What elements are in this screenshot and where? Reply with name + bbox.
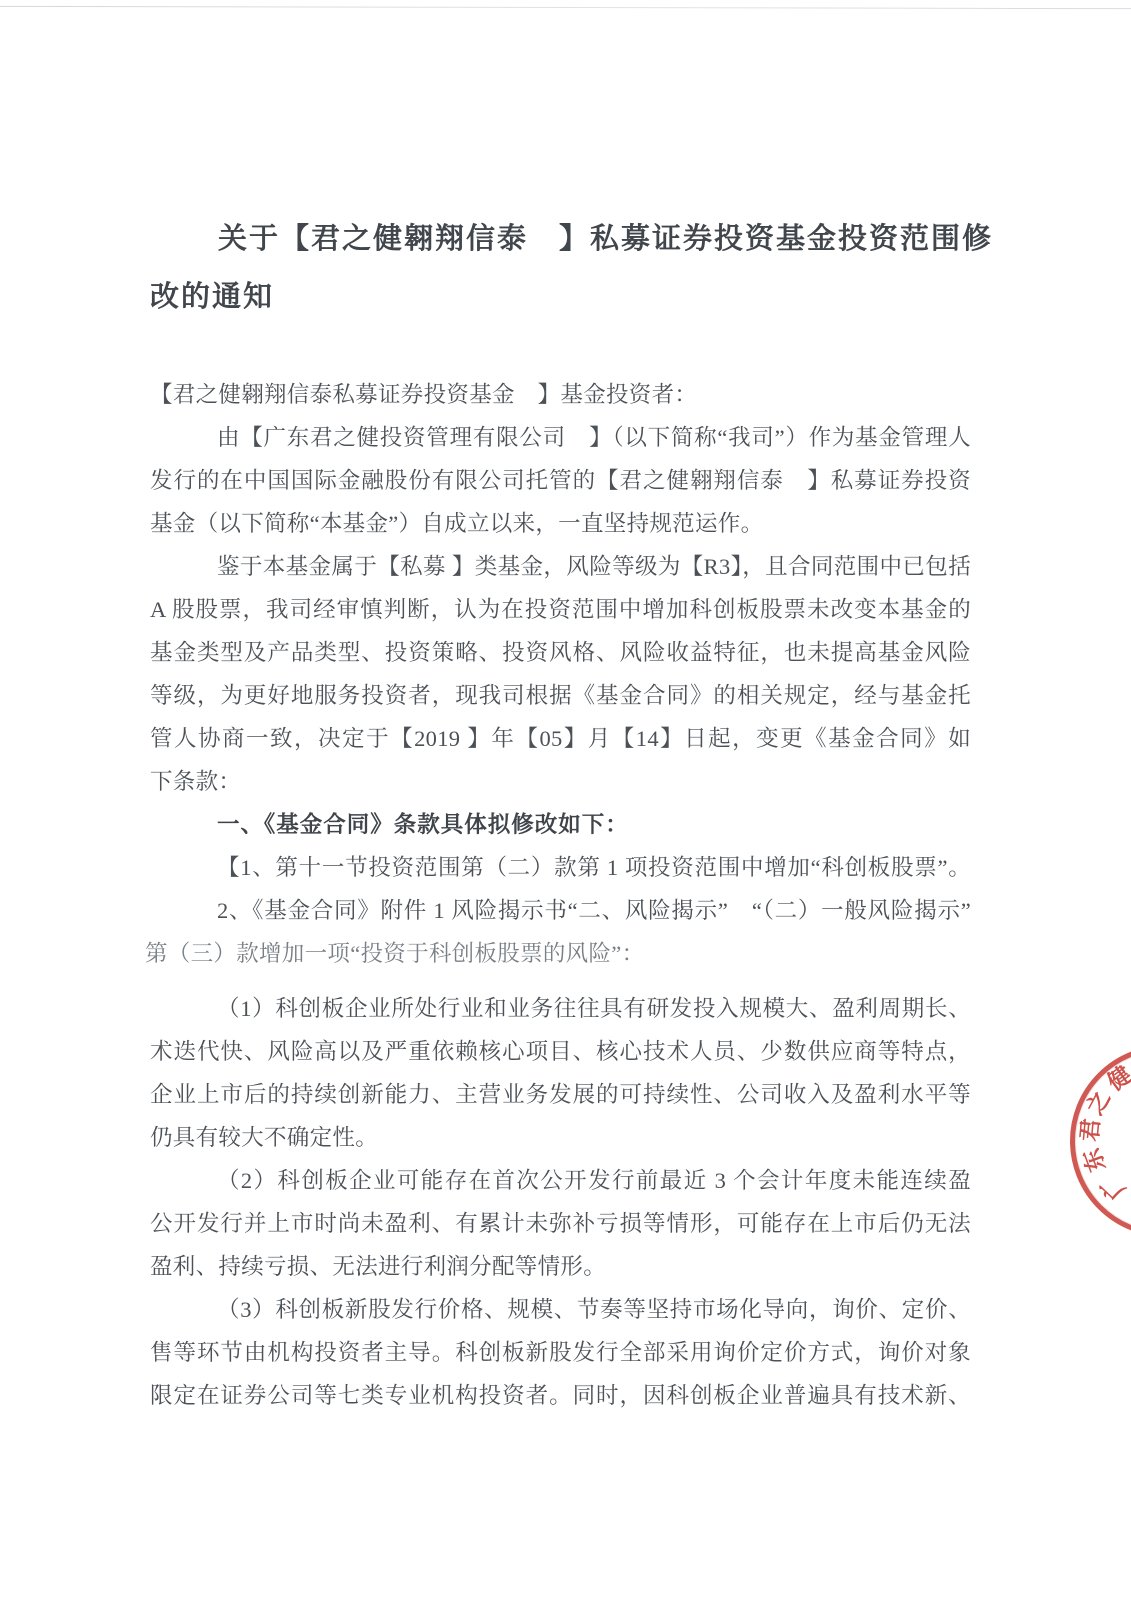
scanned-document-page: 关于【君之健翱翔信泰 】私募证券投资基金投资范围修 改的通知 【君之健翱翔信泰私… xyxy=(0,0,1131,1600)
seal-arc-character: 之 xyxy=(1081,1085,1116,1120)
document-line: （2）科创板企业可能存在首次公开发行前最近 3 个会计年度未能连续盈利、 xyxy=(150,1159,971,1202)
document-title-line-1: 关于【君之健翱翔信泰 】私募证券投资基金投资范围修 xyxy=(150,210,971,268)
document-line: 【君之健翱翔信泰私募证券投资基金 】基金投资者： xyxy=(150,373,971,416)
document-line: 管人协商一致，决定于【2019 】年【05】月【14】日起，变更《基金合同》如 xyxy=(150,717,971,760)
document-text-block: 【君之健翱翔信泰私募证券投资基金 】基金投资者： 由【广东君之健投资管理有限公司… xyxy=(150,373,971,1417)
document-line: 2、《基金合同》附件 1 风险揭示书“二、风险揭示” “（二）一般风险揭示” xyxy=(150,889,971,932)
document-line: 售等环节由机构投资者主导。科创板新股发行全部采用询价定价方式，询价对象 xyxy=(150,1331,971,1374)
document-line: 由【广东君之健投资管理有限公司 】（以下简称“我司”）作为基金管理人 xyxy=(150,416,971,459)
document-title-line-2: 改的通知 xyxy=(150,268,971,326)
document-line: 基金（以下简称“本基金”）自成立以来，一直坚持规范运作。 xyxy=(150,502,971,545)
document-line: 企业上市后的持续创新能力、主营业务发展的可持续性、公司收入及盈利水平等 xyxy=(150,1073,971,1116)
document-line: 下条款： xyxy=(150,760,971,803)
document-line: 第（三）款增加一项“投资于科创板股票的风险”： xyxy=(145,932,971,975)
document-line: A 股股票，我司经审慎判断，认为在投资范围中增加科创板股票未改变本基金的 xyxy=(150,588,971,631)
scan-artifact-line xyxy=(0,6,1131,9)
document-line: 仍具有较大不确定性。 xyxy=(150,1116,971,1159)
seal-arc-character: 君 xyxy=(1077,1116,1105,1144)
document-line: 发行的在中国国际金融股份有限公司托管的【君之健翱翔信泰 】私募证券投资 xyxy=(150,459,971,502)
seal-arc-character: 东 xyxy=(1078,1143,1111,1176)
seal-arc-character: 健 xyxy=(1102,1061,1131,1097)
document-line: 限定在证券公司等七类专业机构投资者。同时，因科创板企业普遍具有技术新、 xyxy=(150,1374,971,1417)
document-line: 等级，为更好地服务投资者，现我司根据《基金合同》的相关规定，经与基金托 xyxy=(150,674,971,717)
seal-arc-character: 广 xyxy=(1095,1169,1131,1206)
document-line: 术迭代快、风险高以及严重依赖核心项目、核心技术人员、少数供应商等特点， xyxy=(150,1030,971,1073)
document-line: 公开发行并上市时尚未盈利、有累计未弥补亏损等情形，可能存在上市后仍无法 xyxy=(150,1202,971,1245)
seal-circle-icon xyxy=(1070,1045,1131,1237)
document-line: 【1、第十一节投资范围第（二）款第 1 项投资范围中增加“科创板股票”。 xyxy=(150,846,971,889)
document-line: 基金类型及产品类型、投资策略、投资风格、风险收益特征，也未提高基金风险 xyxy=(150,631,971,674)
document-line: （3）科创板新股发行价格、规模、节奏等坚持市场化导向，询价、定价、配 xyxy=(150,1288,971,1331)
document-body: 关于【君之健翱翔信泰 】私募证券投资基金投资范围修 改的通知 【君之健翱翔信泰私… xyxy=(150,210,971,1417)
document-section-heading: 一、《基金合同》条款具体拟修改如下： xyxy=(150,803,971,846)
document-line: 盈利、持续亏损、无法进行利润分配等情形。 xyxy=(150,1245,971,1288)
document-line: 鉴于本基金属于【私募 】类基金，风险等级为【R3】，且合同范围中已包括 xyxy=(150,545,971,588)
document-line: （1）科创板企业所处行业和业务往往具有研发投入规模大、盈利周期长、技 xyxy=(150,987,971,1030)
